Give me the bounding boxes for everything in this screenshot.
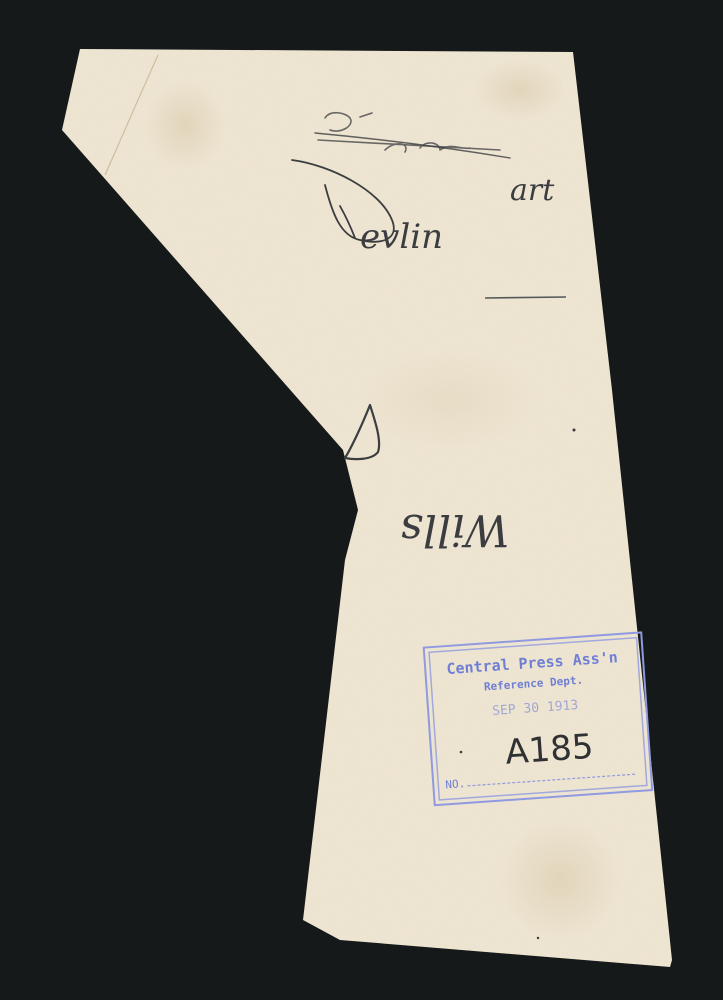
photo-back-scene: art evlin Wills Central Press Ass'n Refe…: [0, 0, 723, 1000]
stamp-number-label: NO.: [445, 777, 466, 791]
handwriting-devlin: evlin: [360, 217, 443, 257]
handwriting-art: art: [510, 173, 555, 208]
pencil-underline: [485, 297, 566, 298]
stamp-number-handwritten: A185: [504, 727, 595, 773]
paper-sheet: [62, 49, 672, 967]
inverted-wills-text: Wills: [400, 504, 509, 555]
